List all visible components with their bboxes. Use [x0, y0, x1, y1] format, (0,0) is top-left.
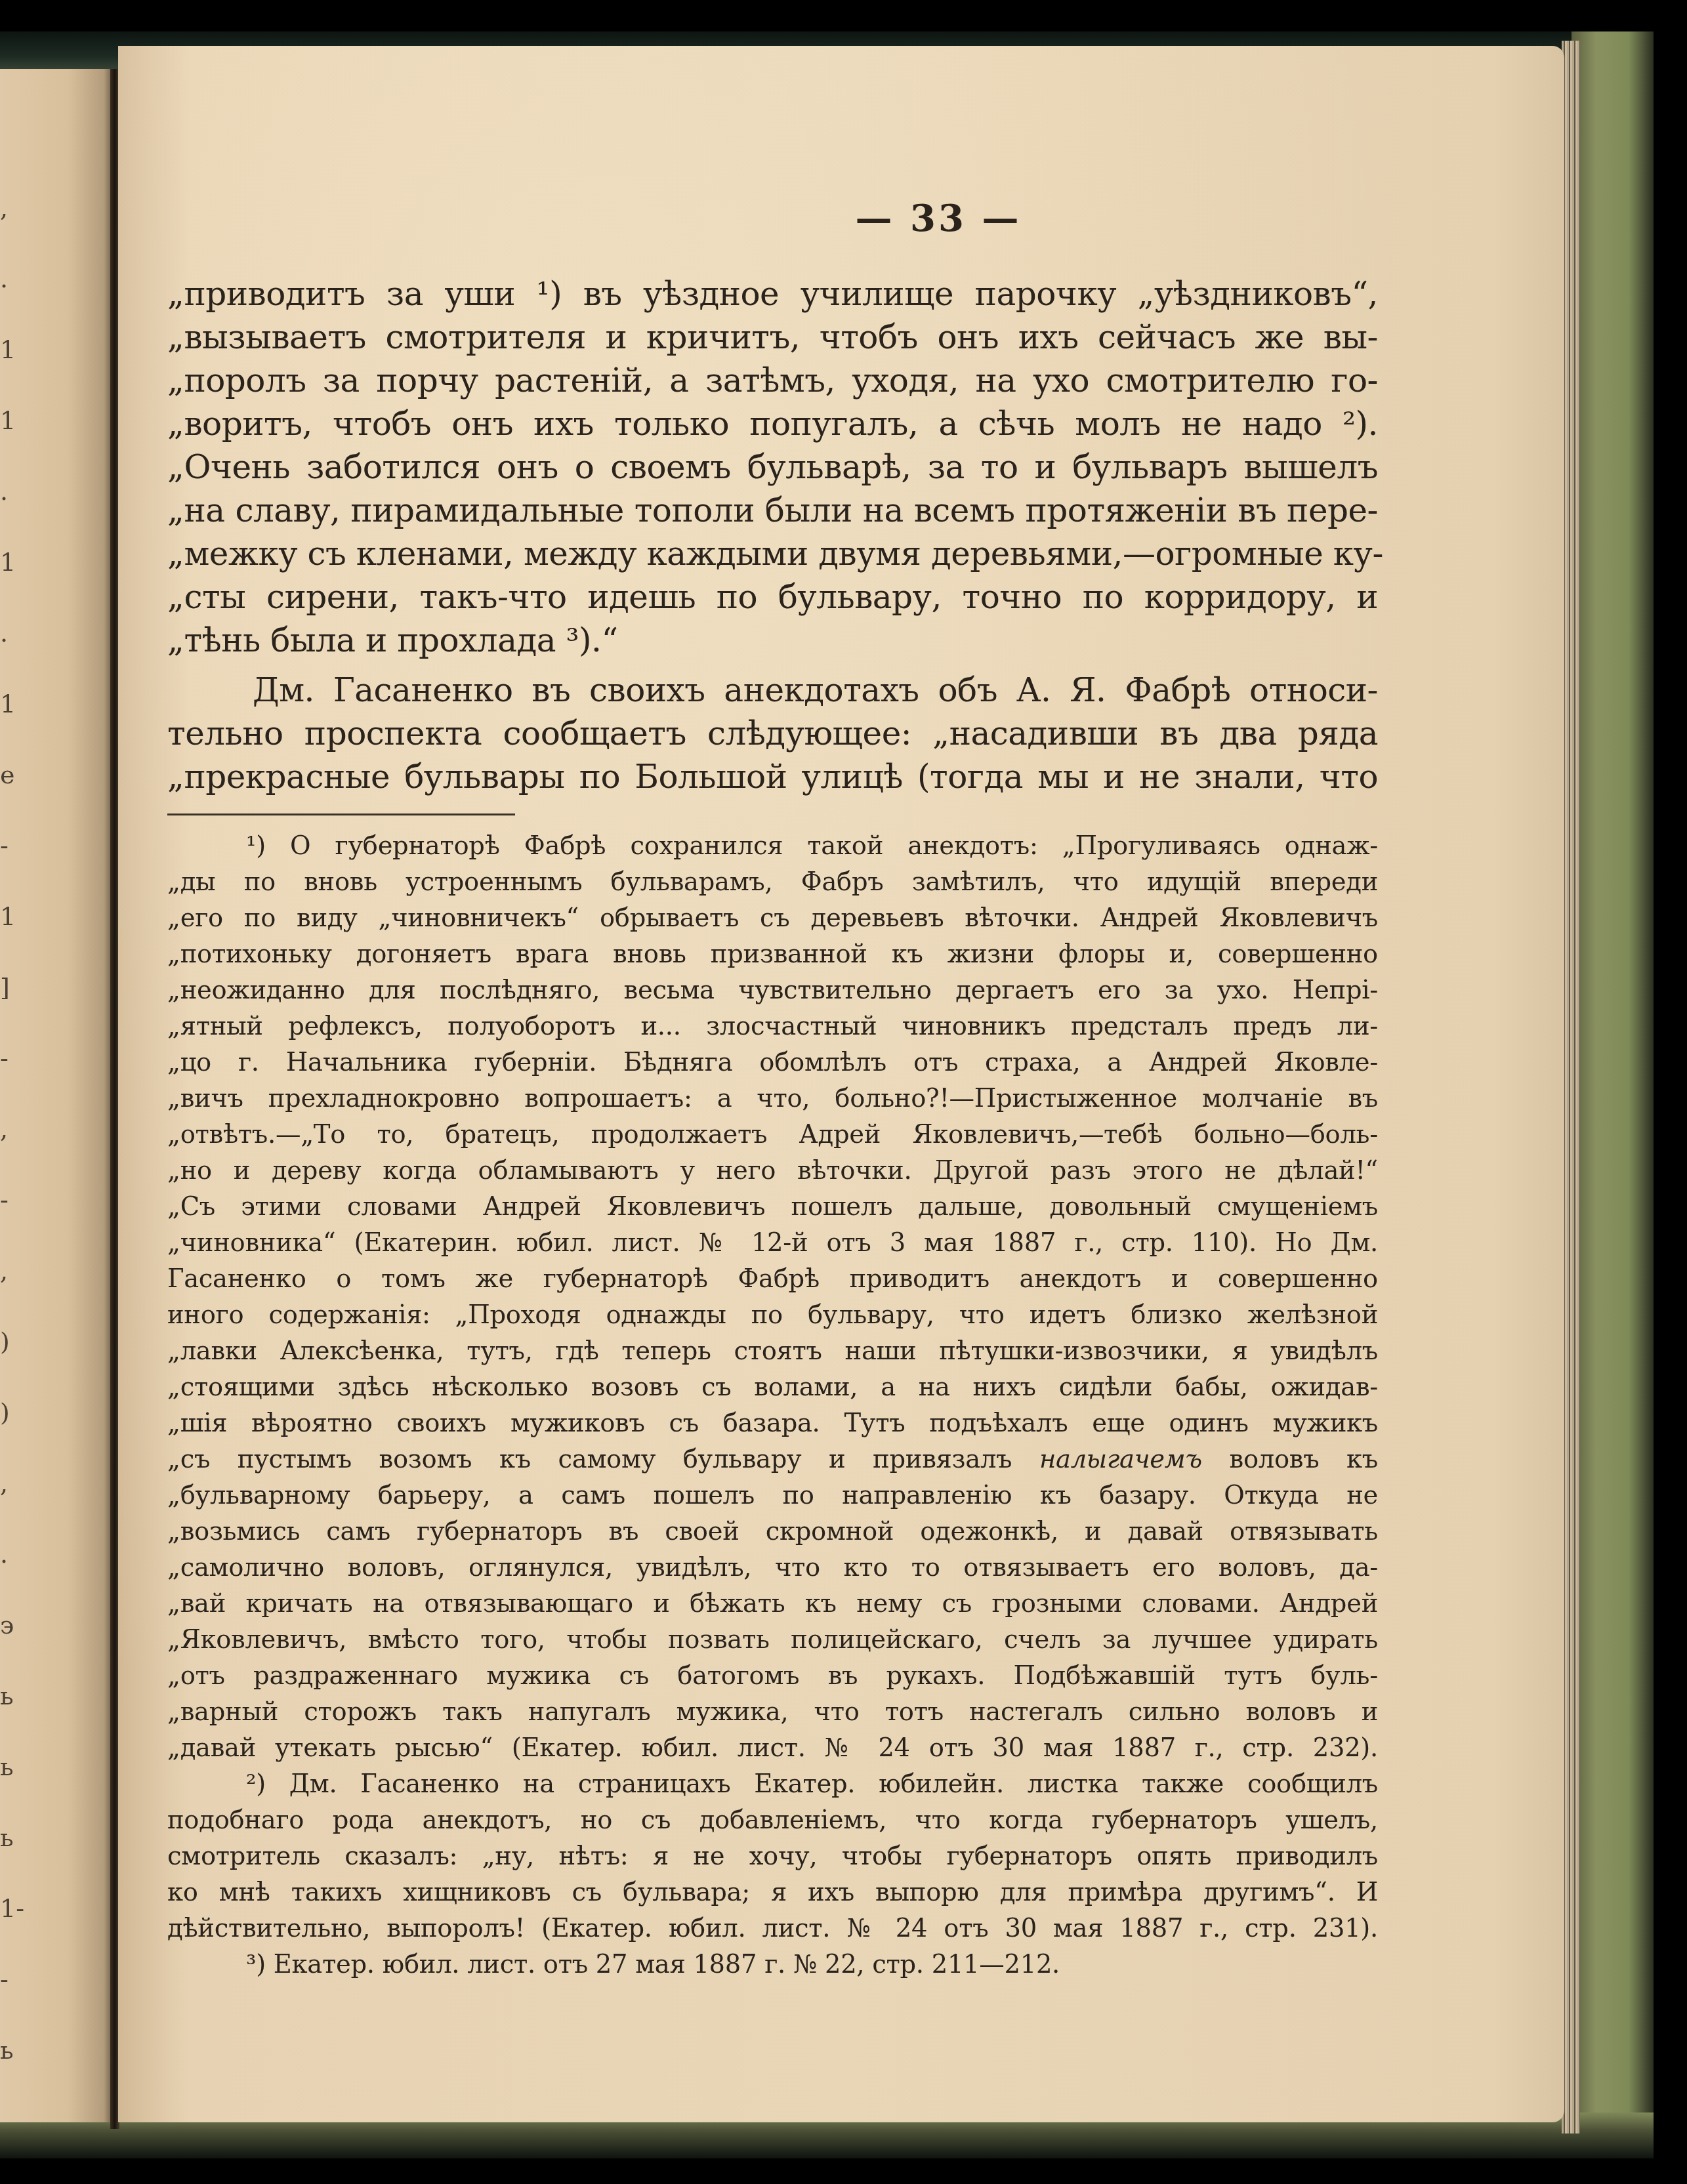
left-page-edge: ,.11.1.1е-1]-,-,)),.эььь1--ь: [0, 69, 113, 2122]
footnote-separator: [167, 814, 515, 815]
text-line: „воритъ, чтобъ онъ ихъ только попугалъ, …: [167, 402, 1378, 445]
left-page-text-fragment: .: [0, 264, 26, 293]
footnote-line: „бульварному барьеру, а самъ пошелъ по н…: [167, 1477, 1378, 1514]
footnote-line: „ды по вновь устроеннымъ бульварамъ, Фаб…: [167, 864, 1378, 900]
left-page-text-fragment: .: [0, 1540, 26, 1569]
main-text: „приводитъ за уши ¹) въ уѣздное училище …: [167, 272, 1378, 798]
footnote-line: Гасаненко о томъ же губернаторѣ Фабрѣ пр…: [167, 1261, 1378, 1297]
footnote-line: „давай утекать рысью“ (Екатер. юбил. лис…: [167, 1730, 1378, 1766]
text-line: „на славу, пирамидальные тополи были на …: [167, 489, 1378, 532]
left-page-text-fragment: ,: [0, 194, 26, 222]
left-page-text-fragment: -: [0, 831, 26, 860]
footnote-line: „потихоньку догоняетъ врага вновь призва…: [167, 936, 1378, 972]
footnote-2-start: ²) Дм. Гасаненко на страницахъ Екатер. ю…: [167, 1766, 1378, 1802]
left-page-text-fragment: ,: [0, 1256, 26, 1285]
footnote-3: ³) Екатер. юбил. лист. отъ 27 мая 1887 г…: [167, 1947, 1378, 1983]
footnote-1-start: ¹) О губернаторѣ Фабрѣ сохранился такой …: [167, 828, 1378, 864]
text-line: „межку съ кленами, между каждыми двумя д…: [167, 532, 1378, 575]
left-page-text-fragment: -: [0, 1965, 26, 1994]
left-page-text-fragment: -: [0, 1185, 26, 1214]
left-page-text-fragment: е: [0, 760, 26, 789]
left-page-text-fragment: -: [0, 1044, 26, 1073]
text-line: „Очень заботился онъ о своемъ бульварѣ, …: [167, 445, 1378, 489]
footnote-line: „отъ раздраженнаго мужика съ батогомъ въ…: [167, 1658, 1378, 1694]
italic-word: налыгачемъ: [1039, 1445, 1202, 1474]
left-page-text-fragment: ь: [0, 1823, 26, 1852]
left-page-text-fragment: ь: [0, 2036, 26, 2065]
left-page-text-fragment: ): [0, 1398, 26, 1427]
left-page-text-fragment: .: [0, 619, 26, 648]
left-page-text-fragment: ь: [0, 1681, 26, 1710]
footnote-line: „отвѣтъ.—„То то, братецъ, продолжаетъ Ад…: [167, 1117, 1378, 1153]
text-line: „прекрасные бульвары по Большой улицѣ (т…: [167, 755, 1378, 798]
left-page-text-fragment: ь: [0, 1752, 26, 1781]
book-page: — 33 — „приводитъ за уши ¹) въ уѣздное у…: [118, 46, 1564, 2122]
footnotes: ¹) О губернаторѣ Фабрѣ сохранился такой …: [167, 828, 1378, 1983]
left-page-text-fragment: 1: [0, 690, 26, 718]
book-cover-right: [1572, 31, 1654, 2137]
left-page-text-fragment: 1: [0, 406, 26, 435]
footnote-line: „неожиданно для послѣдняго, весьма чувст…: [167, 972, 1378, 1008]
left-page-text-fragment: 1: [0, 548, 26, 577]
footnote-line: „но и дереву когда обламываютъ у него вѣ…: [167, 1153, 1378, 1189]
text-line: тельно проспекта сообщаетъ слѣдующее: „н…: [167, 712, 1378, 755]
page-stack-edges: [1562, 41, 1580, 2133]
text-line: „сты сирени, такъ-что идешь по бульвару,…: [167, 575, 1378, 619]
footnote-line: ко мнѣ такихъ хищниковъ съ бульвара; я и…: [167, 1874, 1378, 1910]
footnote-line: „лавки Алексѣенка, тутъ, гдѣ теперь стоя…: [167, 1333, 1378, 1369]
footnote-line: „стоящими здѣсь нѣсколько возовъ съ вола…: [167, 1369, 1378, 1405]
left-page-text-fragment: 1: [0, 902, 26, 931]
left-page-text-fragment: 1: [0, 335, 26, 364]
footnote-line-italic: „съ пустымъ возомъ къ самому бульвару и …: [167, 1441, 1378, 1477]
footnote-line: „Яковлевичъ, вмѣсто того, чтобы позвать …: [167, 1622, 1378, 1658]
text-line: „поролъ за порчу растенiй, а затѣмъ, ухо…: [167, 359, 1378, 402]
footnote-line: „вичъ прехладнокровно вопрошаетъ: а что,…: [167, 1081, 1378, 1117]
left-page-text-fragment: ,: [0, 1115, 26, 1144]
left-page-text-fragment: 1-: [0, 1894, 26, 1923]
paragraph-start-line: Дм. Гасаненко въ своихъ анекдотахъ объ А…: [167, 669, 1378, 712]
page-number: — 33 —: [801, 197, 1076, 240]
footnote-line: смотритель сказалъ: „ну, нѣтъ: я не хочу…: [167, 1838, 1378, 1874]
left-page-text-fragment: ,: [0, 1469, 26, 1498]
left-page-text-fragment: ): [0, 1327, 26, 1356]
footnote-line: „Съ этими словами Андрей Яковлевичъ поше…: [167, 1189, 1378, 1225]
footnote-line: „самолично воловъ, оглянулся, увидѣлъ, ч…: [167, 1550, 1378, 1586]
footnote-line: „цо г. Начальника губернiи. Бѣдняга обом…: [167, 1044, 1378, 1081]
left-page-text-fragment: ]: [0, 973, 26, 1002]
footnote-line: дѣйствительно, выпоролъ! (Екатер. юбил. …: [167, 1910, 1378, 1947]
text-line: „тѣнь была и прохлада ³).“: [167, 619, 1378, 662]
footnote-line: „варный сторожъ такъ напугалъ мужика, чт…: [167, 1694, 1378, 1730]
footnote-line: подобнаго рода анекдотъ, но съ добавленi…: [167, 1802, 1378, 1838]
left-page-text-fragment: э: [0, 1611, 26, 1639]
footnote-line: „шiя вѣроятно своихъ мужиковъ съ базара.…: [167, 1405, 1378, 1441]
footnote-line: „возьмись самъ губернаторъ въ своей скро…: [167, 1514, 1378, 1550]
footnote-line: иного содержанiя: „Проходя однажды по бу…: [167, 1297, 1378, 1333]
text-line: „вызываетъ смотрителя и кричитъ, чтобъ о…: [167, 316, 1378, 359]
footnote-line: „вай кричать на отвязывающаго и бѣжать к…: [167, 1586, 1378, 1622]
text-line: „приводитъ за уши ¹) въ уѣздное училище …: [167, 272, 1378, 316]
left-page-text-fragment: .: [0, 477, 26, 506]
footnote-line: „ятный рефлексъ, полуоборотъ и... злосча…: [167, 1008, 1378, 1044]
footnote-line: „чиновника“ (Екатерин. юбил. лист. № 12-…: [167, 1225, 1378, 1261]
footnote-line: „его по виду „чиновничекъ“ обрываетъ съ …: [167, 900, 1378, 936]
